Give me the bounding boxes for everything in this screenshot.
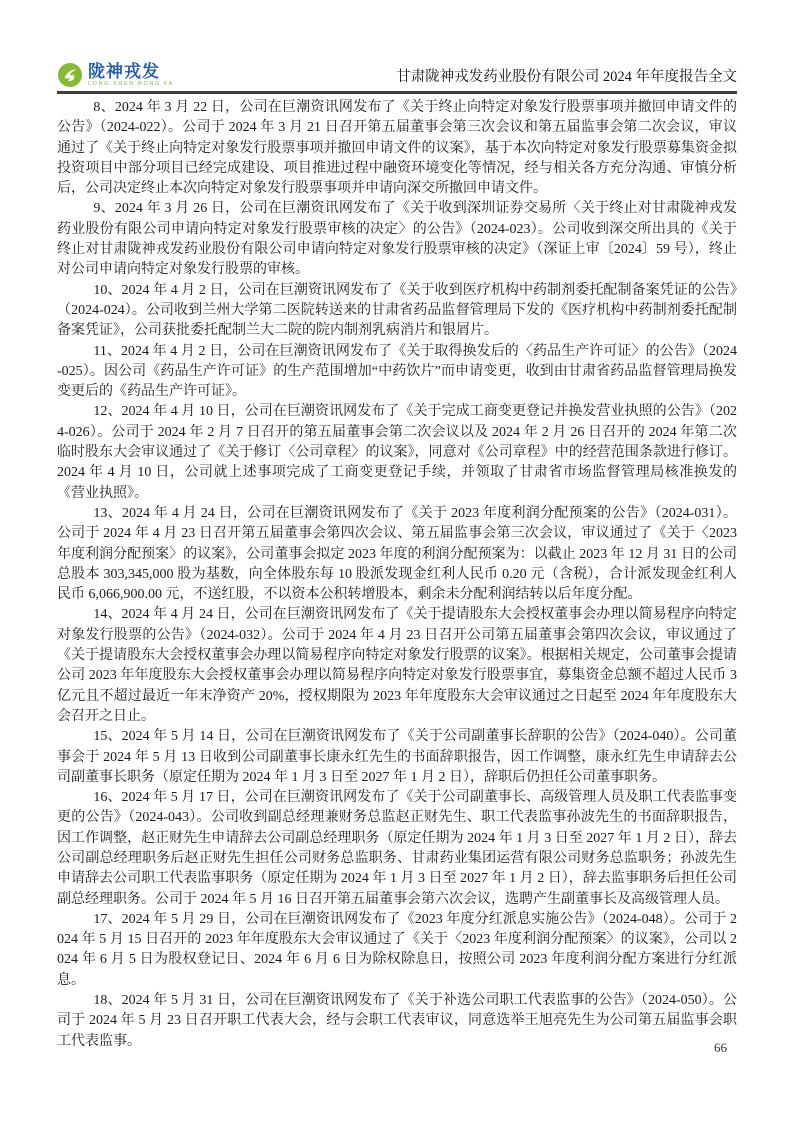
longshen-logo-icon [57, 62, 83, 88]
report-page: 陇神戎发 LONG SHEN RONG FA 甘肃陇神戎发药业股份有限公司 20… [0, 0, 793, 1122]
report-paragraph-18: 18、2024 年 5 月 31 日，公司在巨潮资讯网发布了《关于补选公司职工代… [57, 991, 737, 1052]
report-paragraph-15: 15、2024 年 5 月 14 日，公司在巨潮资讯网发布了《关于公司副董事长辞… [57, 727, 737, 788]
report-paragraph-8: 8、2024 年 3 月 22 日，公司在巨潮资讯网发布了《关于终止向特定对象发… [57, 98, 737, 199]
report-paragraph-16: 16、2024 年 5 月 17 日，公司在巨潮资讯网发布了《关于公司副董事长、… [57, 788, 737, 910]
page-number: 66 [714, 1040, 727, 1056]
report-paragraph-11: 11、2024 年 4 月 2 日，公司在巨潮资讯网发布了《关于取得换发后的〈药… [57, 342, 737, 403]
report-paragraph-17: 17、2024 年 5 月 29 日，公司在巨潮资讯网发布了《2023 年度分红… [57, 910, 737, 991]
company-logo: 陇神戎发 LONG SHEN RONG FA [57, 62, 174, 88]
report-paragraph-9: 9、2024 年 3 月 26 日，公司在巨潮资讯网发布了《关于收到深圳证券交易… [57, 199, 737, 280]
report-title: 甘肃陇神戎发药业股份有限公司 2024 年年度报告全文 [396, 65, 737, 88]
report-body: 8、2024 年 3 月 22 日，公司在巨潮资讯网发布了《关于终止向特定对象发… [57, 98, 737, 1052]
brand-name-cn: 陇神戎发 [88, 63, 174, 80]
report-paragraph-10: 10、2024 年 4 月 2 日，公司在巨潮资讯网发布了《关于收到医疗机构中药… [57, 281, 737, 342]
report-paragraph-13: 13、2024 年 4 月 24 日，公司在巨潮资讯网发布了《关于 2023 年… [57, 504, 737, 605]
report-paragraph-14: 14、2024 年 4 月 24 日，公司在巨潮资讯网发布了《关于提请股东大会授… [57, 605, 737, 727]
page-header: 陇神戎发 LONG SHEN RONG FA 甘肃陇神戎发药业股份有限公司 20… [57, 48, 737, 94]
report-paragraph-12: 12、2024 年 4 月 10 日，公司在巨潮资讯网发布了《关于完成工商变更登… [57, 402, 737, 503]
logo-text: 陇神戎发 LONG SHEN RONG FA [88, 63, 174, 88]
brand-name-en: LONG SHEN RONG FA [88, 82, 174, 88]
